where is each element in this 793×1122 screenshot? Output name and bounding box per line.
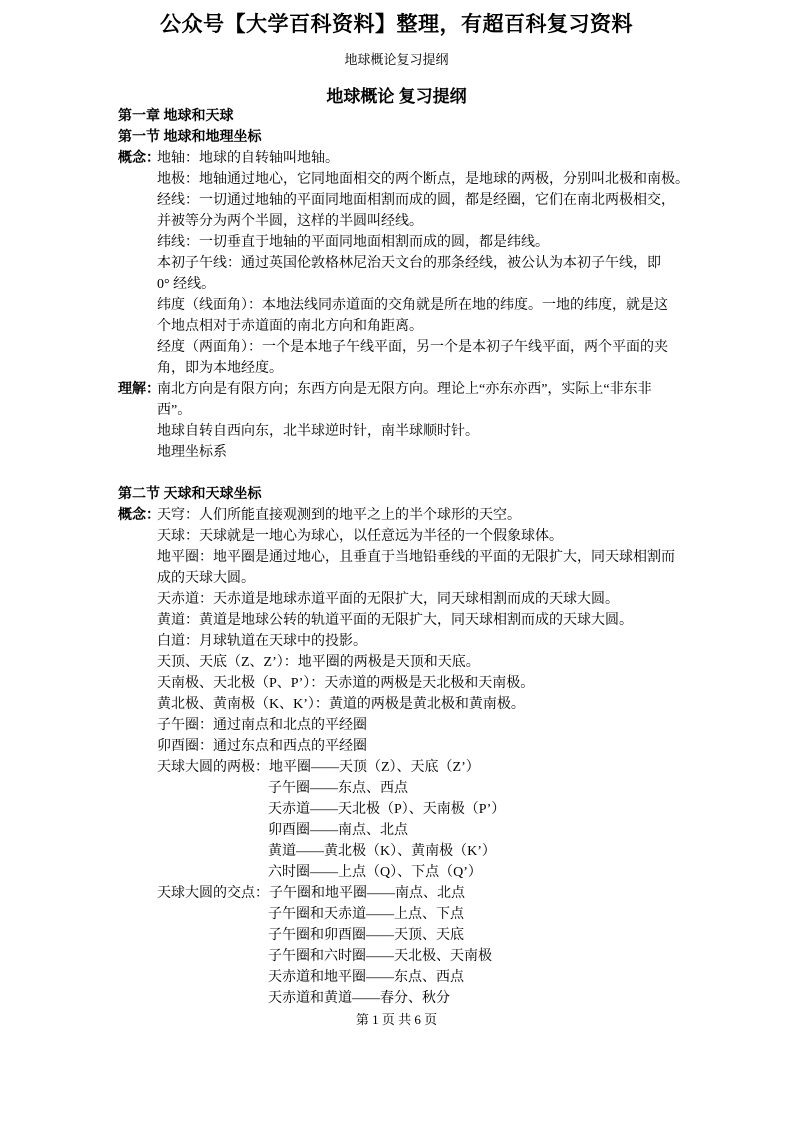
doc-line: 白道：月球轨道在天球中的投影。 [118, 631, 718, 652]
line-text: 白道：月球轨道在天球中的投影。 [118, 631, 718, 652]
line-text: 子午圈和六时圈——天北极、天南极 [118, 946, 718, 967]
doc-line: 经度（两面角）：一个是本地子午线平面，另一个是本初子午线平面，两个平面的夹 [118, 337, 718, 358]
doc-line: 黄北极、黄南极（K、K’）：黄道的两极是黄北极和黄南极。 [118, 694, 718, 715]
line-text: 并被等分为两个半圆，这样的半圆叫经线。 [118, 211, 718, 232]
line-text: 天赤道：天赤道是地球赤道平面的无限扩大，同天球相割而成的天球大圆。 [118, 589, 718, 610]
doc-line: 卯酉圈——南点、北点 [118, 820, 718, 841]
line-text: 角，即为本地经度。 [118, 358, 718, 379]
doc-line [118, 463, 718, 484]
doc-line: 地平圈：地平圈是通过地心，且垂直于当地铅垂线的平面的无限扩大，同天球相割而 [118, 547, 718, 568]
line-text: 卯酉圈——南点、北点 [118, 820, 718, 841]
line-text: 纬线：一切垂直于地轴的平面同地面相割而成的圆，都是纬线。 [118, 232, 718, 253]
line-text: 南北方向是有限方向；东西方向是无限方向。理论上“亦东亦西”，实际上“非东非 [118, 379, 718, 400]
document-body: 第一章 地球和天球 第一节 地球和地理坐标 概念： 地轴：地球的自转轴叫地轴。 … [118, 106, 718, 1009]
doc-line: 卯酉圈：通过东点和西点的平经圈 [118, 736, 718, 757]
doc-line: 子午圈：通过南点和北点的平经圈 [118, 715, 718, 736]
line-text: 第二节 天球和天球坐标 [118, 484, 718, 505]
doc-line: 纬度（线面角）：本地法线同赤道面的交角就是所在地的纬度。一地的纬度，就是这 [118, 295, 718, 316]
doc-line: 天赤道和地平圈——东点、西点 [118, 967, 718, 988]
doc-line: 西”。 [118, 400, 718, 421]
doc-line: 天球大圆的两极：地平圈——天顶（Z）、天底（Z’） [118, 757, 718, 778]
doc-line: 子午圈——东点、西点 [118, 778, 718, 799]
line-text: 子午圈和天赤道——上点、下点 [118, 904, 718, 925]
doc-line: 天球大圆的交点：子午圈和地平圈——南点、北点 [118, 883, 718, 904]
line-text: 子午圈：通过南点和北点的平经圈 [118, 715, 718, 736]
line-text: 黄北极、黄南极（K、K’）：黄道的两极是黄北极和黄南极。 [118, 694, 718, 715]
doc-line: 子午圈和卯酉圈——天顶、天底 [118, 925, 718, 946]
doc-line: 第一章 地球和天球 [118, 106, 718, 127]
doc-line: 子午圈和天赤道——上点、下点 [118, 904, 718, 925]
line-text: 天顶、天底（Z、Z’）：地平圈的两极是天顶和天底。 [118, 652, 718, 673]
line-text: 第一节 地球和地理坐标 [118, 127, 718, 148]
doc-line: 第一节 地球和地理坐标 [118, 127, 718, 148]
line-text: 本初子午线：通过英国伦敦格林尼治天文台的那条经线，被公认为本初子午线，即 [118, 253, 718, 274]
line-text: 六时圈——上点（Q）、下点（Q’） [118, 862, 718, 883]
doc-line: 子午圈和六时圈——天北极、天南极 [118, 946, 718, 967]
doc-line: 概念： 天穹：人们所能直接观测到的地平之上的半个球形的天空。 [118, 505, 718, 526]
doc-line: 地极：地轴通过地心，它同地面相交的两个断点，是地球的两极，分别叫北极和南极。 [118, 169, 718, 190]
line-text: 地平圈：地平圈是通过地心，且垂直于当地铅垂线的平面的无限扩大，同天球相割而 [118, 547, 718, 568]
line-text: 地球自转自西向东，北半球逆时针，南半球顺时针。 [118, 421, 718, 442]
line-text: 黄道：黄道是地球公转的轨道平面的无限扩大，同天球相割而成的天球大圆。 [118, 610, 718, 631]
line-text: 个地点相对于赤道面的南北方向和角距离。 [118, 316, 718, 337]
doc-line: 成的天球大圆。 [118, 568, 718, 589]
line-text: 卯酉圈：通过东点和西点的平经圈 [118, 736, 718, 757]
doc-line: 黄道——黄北极（K）、黄南极（K’） [118, 841, 718, 862]
line-text: 纬度（线面角）：本地法线同赤道面的交角就是所在地的纬度。一地的纬度，就是这 [118, 295, 718, 316]
doc-line: 本初子午线：通过英国伦敦格林尼治天文台的那条经线，被公认为本初子午线，即 [118, 253, 718, 274]
line-text: 天赤道和地平圈——东点、西点 [118, 967, 718, 988]
line-text: 天赤道——天北极（P）、天南极（P’） [118, 799, 718, 820]
line-text: 地理坐标系 [118, 442, 718, 463]
doc-subtitle: 地球概论复习提纲 [0, 49, 793, 68]
line-text: 0° 经线。 [118, 274, 718, 295]
document-page: 公众号【大学百科资料】整理，有超百科复习资料 地球概论复习提纲 地球概论 复习提… [0, 0, 793, 1122]
line-text: 天球大圆的交点：子午圈和地平圈——南点、北点 [118, 883, 718, 904]
line-text: 黄道——黄北极（K）、黄南极（K’） [118, 841, 718, 862]
line-label: 概念： [118, 148, 160, 169]
line-text: 地极：地轴通过地心，它同地面相交的两个断点，是地球的两极，分别叫北极和南极。 [118, 169, 718, 190]
doc-line: 地球自转自西向东，北半球逆时针，南半球顺时针。 [118, 421, 718, 442]
line-label: 概念： [118, 505, 160, 526]
doc-line: 第二节 天球和天球坐标 [118, 484, 718, 505]
doc-line: 概念： 地轴：地球的自转轴叫地轴。 [118, 148, 718, 169]
page-footer: 第 1 页 共 6 页 [0, 1009, 793, 1030]
doc-line: 角，即为本地经度。 [118, 358, 718, 379]
line-text: 天球大圆的两极：地平圈——天顶（Z）、天底（Z’） [118, 757, 718, 778]
doc-line: 地理坐标系 [118, 442, 718, 463]
doc-line: 天顶、天底（Z、Z’）：地平圈的两极是天顶和天底。 [118, 652, 718, 673]
line-text: 地轴：地球的自转轴叫地轴。 [118, 148, 718, 169]
line-text: 子午圈——东点、西点 [118, 778, 718, 799]
doc-line: 天球：天球就是一地心为球心，以任意远为半径的一个假象球体。 [118, 526, 718, 547]
line-text: 天赤道和黄道——春分、秋分 [118, 988, 718, 1009]
doc-line: 0° 经线。 [118, 274, 718, 295]
line-text: 经度（两面角）：一个是本地子午线平面，另一个是本初子午线平面，两个平面的夹 [118, 337, 718, 358]
doc-line: 纬线：一切垂直于地轴的平面同地面相割而成的圆，都是纬线。 [118, 232, 718, 253]
line-text: 经线：一切通过地轴的平面同地面相割而成的圆，都是经圈，它们在南北两极相交， [118, 190, 718, 211]
doc-line: 经线：一切通过地轴的平面同地面相割而成的圆，都是经圈，它们在南北两极相交， [118, 190, 718, 211]
page-title: 地球概论 复习提纲 [0, 82, 793, 107]
doc-line: 六时圈——上点（Q）、下点（Q’） [118, 862, 718, 883]
line-text: 天球：天球就是一地心为球心，以任意远为半径的一个假象球体。 [118, 526, 718, 547]
line-text: 第一章 地球和天球 [118, 106, 718, 127]
line-text: 天南极、天北极（P、P’）：天赤道的两极是天北极和天南极。 [118, 673, 718, 694]
doc-line: 黄道：黄道是地球公转的轨道平面的无限扩大，同天球相割而成的天球大圆。 [118, 610, 718, 631]
doc-line: 天南极、天北极（P、P’）：天赤道的两极是天北极和天南极。 [118, 673, 718, 694]
doc-line: 理解： 南北方向是有限方向；东西方向是无限方向。理论上“亦东亦西”，实际上“非东… [118, 379, 718, 400]
doc-line: 并被等分为两个半圆，这样的半圆叫经线。 [118, 211, 718, 232]
line-text: 成的天球大圆。 [118, 568, 718, 589]
line-text: 天穹：人们所能直接观测到的地平之上的半个球形的天空。 [118, 505, 718, 526]
line-text: 子午圈和卯酉圈——天顶、天底 [118, 925, 718, 946]
doc-line: 天赤道：天赤道是地球赤道平面的无限扩大，同天球相割而成的天球大圆。 [118, 589, 718, 610]
line-label: 理解： [118, 379, 160, 400]
promo-banner: 公众号【大学百科资料】整理，有超百科复习资料 [0, 8, 793, 38]
line-text: 西”。 [118, 400, 718, 421]
doc-line: 个地点相对于赤道面的南北方向和角距离。 [118, 316, 718, 337]
doc-line: 天赤道——天北极（P）、天南极（P’） [118, 799, 718, 820]
doc-line: 天赤道和黄道——春分、秋分 [118, 988, 718, 1009]
